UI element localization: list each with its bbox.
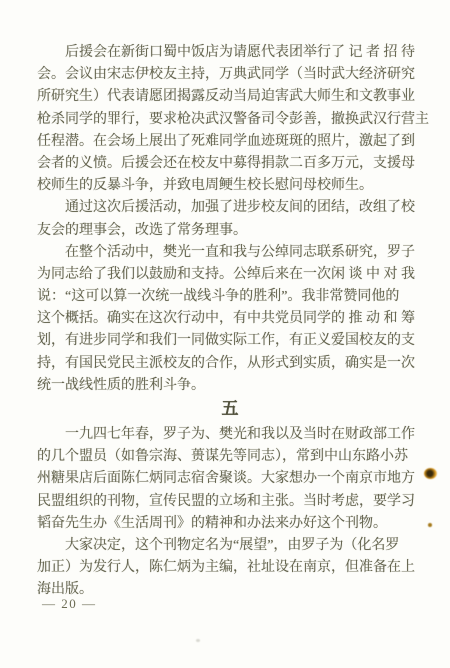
ink-blot-large [424, 468, 437, 479]
text-line: 持，有国民党民主派校友的合作，从形式到实质，确实是一次 [37, 353, 423, 375]
text-line: 任程潜。在会场上展出了死难同学血迹斑斑的照片，激起了到 [37, 131, 423, 153]
paragraph-block-top: 后援会在新街口蜀中饭店为请愿代表团举行了 记 者 招 待会。会议由宋志伊校友主持… [37, 42, 423, 397]
text-line: 说：“这可以算一次统一战线斗争的胜利”。我非常赞同他的 [37, 286, 423, 308]
text-line: 韬奋先生办《生活周刊》的精神和办法来办好这个刊物。 [37, 513, 423, 535]
text-line: 后援会在新街口蜀中饭店为请愿代表团举行了 记 者 招 待 [37, 42, 423, 64]
paper-speck [196, 639, 200, 642]
text-line: 通过这次后援活动，加强了进步校友间的团结，改组了校 [37, 197, 423, 219]
text-line: 大家决定，这个刊物定名为“展望”，由罗子为（化名罗 [37, 535, 423, 557]
text-line: 的几个盟员（如鲁宗海、蒉谋先等同志），常到中山东路小苏 [37, 446, 423, 468]
text-line: 校师生的反暴斗争，并致电周鲠生校长慰问母校师生。 [37, 175, 423, 197]
text-line: 会。会议由宋志伊校友主持，万典武同学（当时武大经济研究 [37, 64, 423, 86]
text-line: 为同志给了我们以鼓励和支持。公绰后来在一次闲 谈 中 对 我 [37, 264, 423, 286]
text-line: 民盟组织的刊物，宣传民盟的立场和主张。当时考虑，要学习 [37, 491, 423, 513]
text-line: 加正）为发行人，陈仁炳为主编，社址设在南京，但准备在上 [37, 557, 423, 579]
text-line: 友会的理事会，改选了常务理事。 [37, 220, 423, 242]
text-line: 枪杀同学的罪行，要求枪决武汉警备司令彭善，撤换武汉行营主 [37, 109, 423, 131]
text-line: 州糖果店后面陈仁炳同志宿舍聚谈。大家想办一个南京市地方 [37, 468, 423, 490]
ink-dot-small [428, 523, 432, 527]
section-heading: 五 [37, 394, 423, 419]
text-line: 这个概括。确实在这次行动中，有中共党员同学的 推 动 和 筹 [37, 308, 423, 330]
paragraph-block-bottom: 一九四七年春，罗子为、樊光和我以及当时在财政部工作的几个盟员（如鲁宗海、蒉谋先等… [37, 424, 423, 602]
text-line: 会者的义愤。后援会还在校友中募得捐款二百多万元，支援母 [37, 153, 423, 175]
text-line: 划，有进步同学和我们一同做实际工作，有正义爱国校友的支 [37, 330, 423, 352]
text-line: 一九四七年春，罗子为、樊光和我以及当时在财政部工作 [37, 424, 423, 446]
scanned-book-page: 后援会在新街口蜀中饭店为请愿代表团举行了 记 者 招 待会。会议由宋志伊校友主持… [0, 0, 450, 668]
text-line: 所研究生）代表请愿团揭露反动当局迫害武大师生和文教事业 [37, 86, 423, 108]
page-number: — 20 — [42, 596, 97, 612]
text-line: 在整个活动中，樊光一直和我与公绰同志联系研究，罗子 [37, 242, 423, 264]
